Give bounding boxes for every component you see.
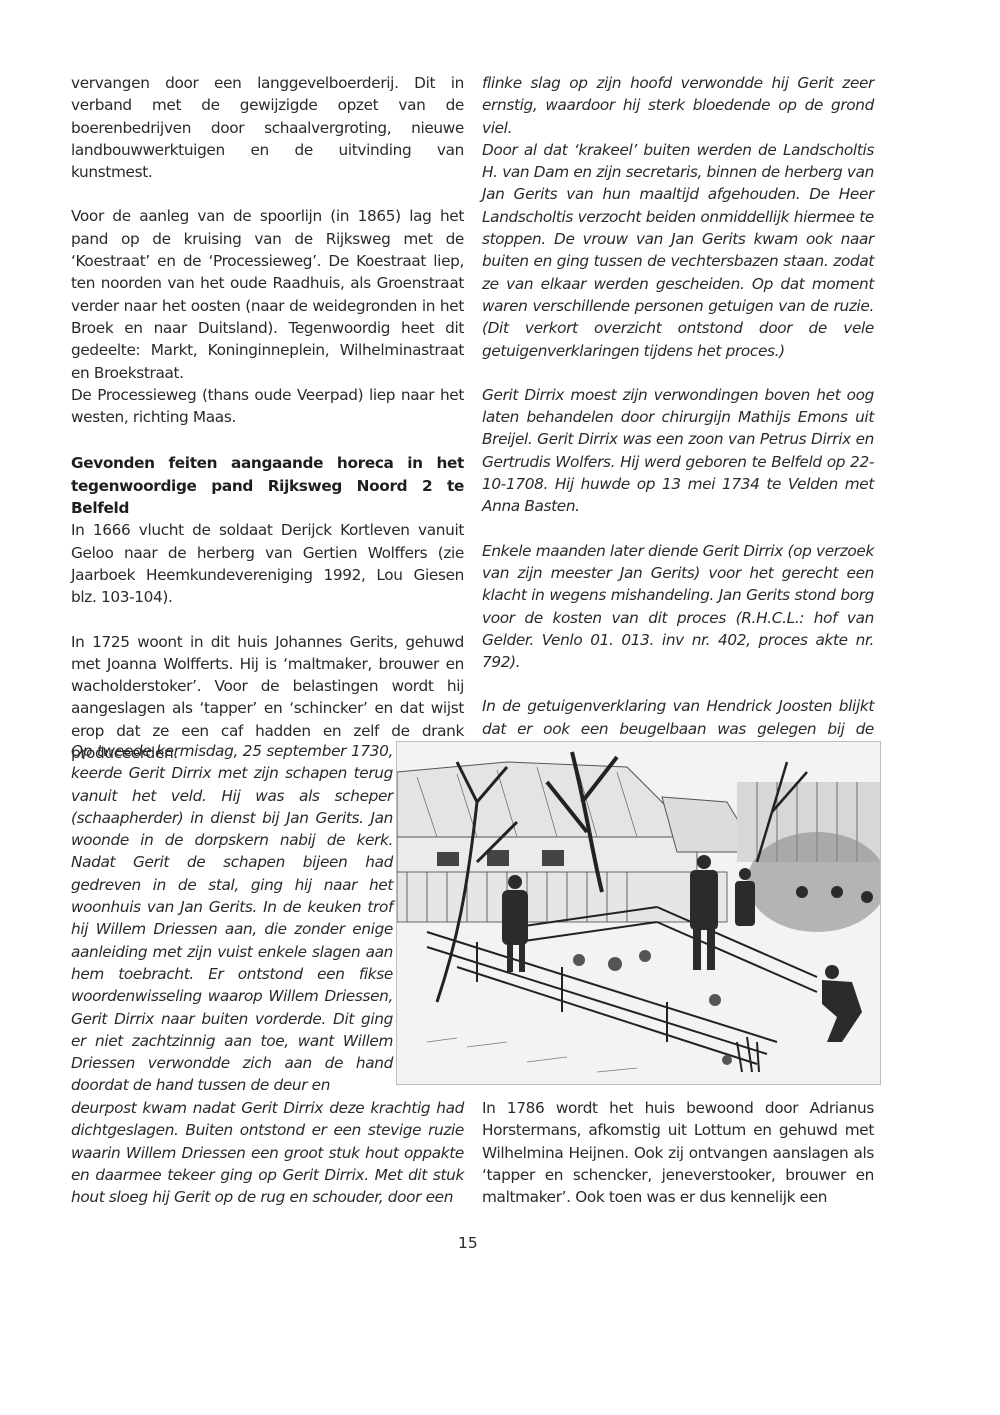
paragraph: Door al dat ‘krakeel’ buiten werden de L… — [482, 139, 874, 362]
beugelbaan-illustration — [396, 741, 881, 1085]
left-column-top: vervangen door een langgevelboerderij. D… — [71, 72, 464, 764]
paragraph: Enkele maanden later diende Gerit Dirrix… — [482, 540, 874, 674]
paragraph: flinke slag op zijn hoofd verwondde hij … — [482, 72, 874, 139]
right-column-top: flinke slag op zijn hoofd verwondde hij … — [482, 72, 874, 762]
paragraph: deurpost kwam nadat Gerit Dirrix deze kr… — [71, 1097, 464, 1208]
left-italic-narrow: Op tweede kermisdag, 25 september 1730, … — [71, 740, 393, 1097]
document-page: vervangen door een langgevelboerderij. D… — [0, 0, 1000, 1415]
paragraph: Op tweede kermisdag, 25 september 1730, … — [71, 740, 393, 1097]
paragraph: Voor de aanleg van de spoorlijn (in 1865… — [71, 205, 464, 383]
paragraph: In 1786 wordt het huis bewoond door Adri… — [482, 1097, 874, 1208]
paragraph: De Processieweg (thans oude Veerpad) lie… — [71, 384, 464, 429]
right-column-bottom: In 1786 wordt het huis bewoond door Adri… — [482, 1097, 874, 1208]
sketch-image — [397, 742, 880, 1084]
paragraph: vervangen door een langgevelboerderij. D… — [71, 72, 464, 183]
left-italic-full: deurpost kwam nadat Gerit Dirrix deze kr… — [71, 1097, 464, 1208]
paragraph: Gerit Dirrix moest zijn verwondingen bov… — [482, 384, 874, 518]
section-heading: Gevonden feiten aangaande horeca in het … — [71, 452, 464, 519]
paragraph: In 1666 vlucht de soldaat Derijck Kortle… — [71, 519, 464, 608]
page-number: 15 — [458, 1234, 478, 1252]
